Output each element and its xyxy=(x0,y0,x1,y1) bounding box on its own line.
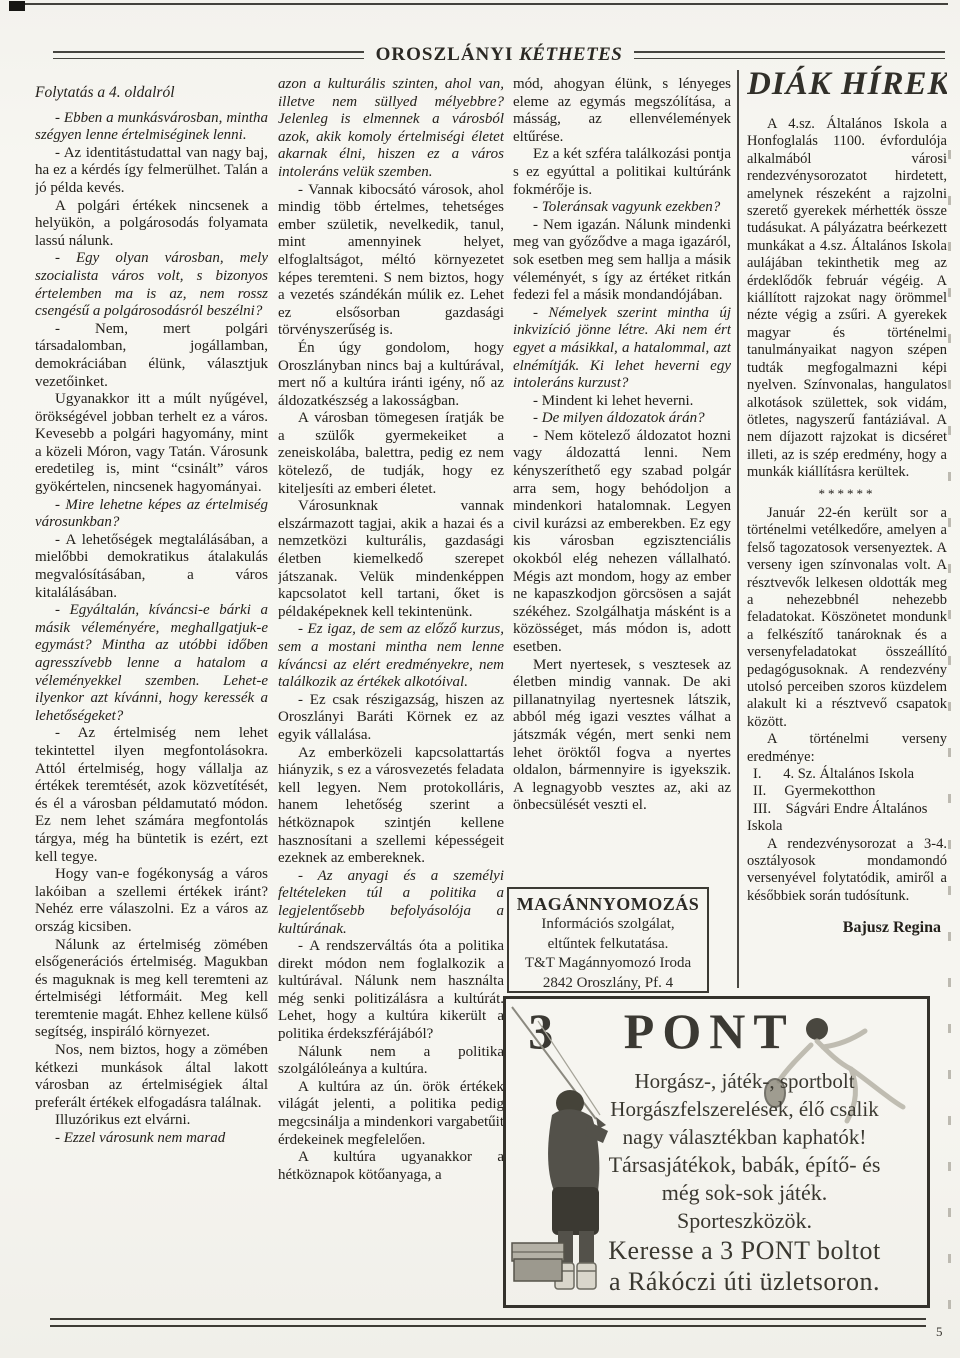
news-paragraph: ****** xyxy=(747,485,947,502)
article-paragraph: Hogy van-e fogékonyság a város lakóiban … xyxy=(35,866,268,936)
article-paragraph: - Ezzel városunk nem marad xyxy=(35,1130,268,1148)
article-paragraph: - Mire lehetne képes az értelmiség város… xyxy=(35,497,268,532)
article-paragraph: - Némelyek szerint mintha új inkvizíció … xyxy=(513,305,731,393)
news-paragraph: Január 22-én került sor a történelmi vet… xyxy=(747,505,947,731)
article-paragraph: - Nem, mert polgári társadalomban, jogál… xyxy=(35,321,268,391)
byline: Bajusz Regina xyxy=(747,919,947,936)
scan-edge-marks xyxy=(948,150,951,1310)
ad-line: Keresse a 3 PONT boltot xyxy=(568,1235,921,1266)
masthead: OROSZLÁNYI KÉTHETES xyxy=(53,44,945,66)
newspaper-title: OROSZLÁNYI KÉTHETES xyxy=(376,44,623,66)
article-paragraph: Nálunk nem a politika szolgálóleánya a k… xyxy=(278,1044,504,1079)
article-paragraph: A polgári értékek nincsenek a helyükön, … xyxy=(35,198,268,251)
ad-line: Társasjátékok, babák, építő- és xyxy=(568,1151,921,1179)
ad-line: a Rákóczi úti üzletsoron. xyxy=(568,1266,921,1297)
article-paragraph: - A lehetőségek megtalálásában, a mielőb… xyxy=(35,532,268,602)
article-paragraph: - Az identitástudattal van nagy baj, ha … xyxy=(35,145,268,198)
tackle-box-icon xyxy=(512,1243,564,1281)
ad-line: Információs szolgálat, xyxy=(509,915,707,935)
article-column-1: Folytatás a 4. oldalról - Ebben a munkás… xyxy=(35,84,268,1320)
article-paragraph: - Egyáltalán, kíváncsi-e bárki a másik v… xyxy=(35,602,268,725)
scan-corner-mark xyxy=(9,1,25,11)
news-paragraph: A 4.sz. Általános Iskola a Honfoglalás 1… xyxy=(747,116,947,482)
news-paragraph: II. Gyermekotthon xyxy=(747,783,947,800)
article-paragraph: Ez a két szféra találkozási pontja s ez … xyxy=(513,146,731,199)
article-paragraph: - Vannak kibocsátó városok, ahol mindig … xyxy=(278,182,504,340)
shop-ad-box: 3 PONT Horgász-, játék-, sportboltHorgás… xyxy=(503,996,930,1308)
ad-line: eltűntek felkutatása. xyxy=(509,935,707,955)
article-paragraph: Ugyanakkor itt a múlt nyűgével, örökségé… xyxy=(35,391,268,497)
article-paragraph: - Ebben a munkásvárosban, mintha szégyen… xyxy=(35,110,268,145)
scan-top-line xyxy=(10,3,948,5)
newspaper-page: OROSZLÁNYI KÉTHETES Folytatás a 4. oldal… xyxy=(0,0,960,1358)
article-paragraph: - Ez csak részigazság, hiszen az Oroszlá… xyxy=(278,692,504,745)
newspaper-title-city: OROSZLÁNYI xyxy=(376,44,514,65)
article-paragraph: - Ez igaz, de sem az előző kurzus, sem a… xyxy=(278,621,504,691)
continuation-note: Folytatás a 4. oldalról xyxy=(35,84,268,102)
news-paragraph: III. Ságvári Endre Általános Iskola xyxy=(747,801,947,836)
article-paragraph: Nálunk az értelmiség zömében elsőgenerác… xyxy=(35,937,268,1043)
ad-line: még sok-sok játék. xyxy=(568,1179,921,1207)
masthead-rule-left xyxy=(53,51,364,59)
article-paragraph: - De milyen áldozatok árán? xyxy=(513,410,731,428)
student-news-title: DIÁK HÍREK xyxy=(747,64,947,104)
news-paragraph: I. 4. Sz. Általános Iskola xyxy=(747,766,947,783)
news-paragraph: A rendezvénysorozat a 3-4. osztályosok m… xyxy=(747,836,947,906)
article-paragraph: A kultúra az ún. örök értékek világát je… xyxy=(278,1079,504,1149)
ad-line: Horgász-, játék-, sportbolt xyxy=(568,1067,921,1095)
detective-ad-box: MAGÁNNYOMOZÁS Információs szolgálat,eltű… xyxy=(507,887,709,993)
ad-line: Horgászfelszerelések, élő csalik xyxy=(568,1095,921,1123)
column-1-text: - Ebben a munkásvárosban, mintha szégyen… xyxy=(35,110,268,1148)
article-paragraph: A városban tömegesen íratják be a szülők… xyxy=(278,410,504,498)
article-paragraph: - Az anyagi és a személyi feltételeken t… xyxy=(278,868,504,938)
article-paragraph: - Nem igazán. Nálunk mindenki meg van gy… xyxy=(513,217,731,305)
article-paragraph: Városunknak vannak elszármazott tagjai, … xyxy=(278,498,504,621)
article-column-3: mód, ahogyan élünk, s lényeges eleme az … xyxy=(513,76,731,882)
ad-line: T&T Magánnyomozó Iroda xyxy=(509,954,707,974)
news-paragraph: A történelmi verseny eredménye: xyxy=(747,731,947,766)
article-paragraph: - Az értelmiség nem lehet tekintettel il… xyxy=(35,725,268,866)
article-paragraph: Nos, nem biztos, hogy a zömében kétkezi … xyxy=(35,1042,268,1112)
detective-ad-title: MAGÁNNYOMOZÁS xyxy=(509,894,707,915)
page-bottom-rule xyxy=(50,1318,926,1327)
ad-line: Sporteszközök. xyxy=(568,1207,921,1235)
student-news-text: A 4.sz. Általános Iskola a Honfoglalás 1… xyxy=(747,116,947,905)
article-paragraph: Mert nyertesek, s vesztesek az életben m… xyxy=(513,657,731,815)
masthead-rule-right xyxy=(634,51,945,59)
detective-ad-lines: Információs szolgálat,eltűntek felkutatá… xyxy=(509,915,707,993)
article-paragraph: A kultúra ugyanakkor a hétköznapok kötőa… xyxy=(278,1149,504,1184)
article-paragraph: Illuzórikus ezt elvárni. xyxy=(35,1112,268,1130)
article-paragraph: Az emberközeli kapcsolattartás hiányzik,… xyxy=(278,745,504,868)
shop-ad-lines: Horgász-, játék-, sportboltHorgászfelsze… xyxy=(568,1067,921,1297)
student-news-column: DIÁK HÍREK A 4.sz. Általános Iskola a Ho… xyxy=(747,64,947,995)
article-paragraph: - Nem kötelező áldozatot hozni vagy áldo… xyxy=(513,428,731,657)
article-paragraph: - Mindent ki lehet heverni. xyxy=(513,393,731,411)
ad-line: 2842 Oroszlány, Pf. 4 xyxy=(509,974,707,994)
ad-line: nagy választékban kaphatók! xyxy=(568,1123,921,1151)
article-paragraph: - A rendszerváltás óta a politika direkt… xyxy=(278,938,504,1044)
article-paragraph: Én úgy gondolom, hogy Oroszlányban nincs… xyxy=(278,340,504,410)
column-2-text: azon a kulturális szinten, ahol van, ill… xyxy=(278,76,504,1184)
column-3-text: mód, ahogyan élünk, s lényeges eleme az … xyxy=(513,76,731,815)
newspaper-title-name: KÉTHETES xyxy=(519,44,622,65)
column-divider xyxy=(737,70,739,988)
page-number: 5 xyxy=(936,1324,943,1340)
article-column-2: azon a kulturális szinten, ahol van, ill… xyxy=(278,76,504,1322)
article-paragraph: - Egy olyan városban, mely szocialista v… xyxy=(35,250,268,320)
article-paragraph: - Toleránsak vagyunk ezekben? xyxy=(513,199,731,217)
article-paragraph: azon a kulturális szinten, ahol van, ill… xyxy=(278,76,504,182)
article-paragraph: mód, ahogyan élünk, s lényeges eleme az … xyxy=(513,76,731,146)
